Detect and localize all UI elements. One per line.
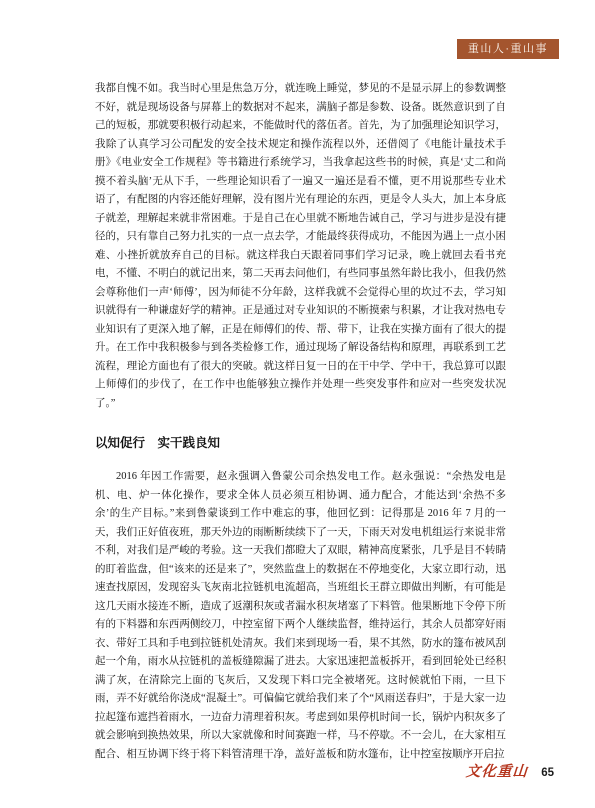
page-content: 我都自愧不如。我当时心里是焦急万分，就连晚上睡觉，梦见的不是显示屏上的参数调整不… xyxy=(95,80,506,764)
section-heading: 以知促行 实干践良知 xyxy=(95,435,506,452)
page-footer: 文化重山 65 xyxy=(466,760,554,781)
body-paragraph-1: 我都自愧不如。我当时心里是焦急万分，就连晚上睡觉，梦见的不是显示屏上的参数调整不… xyxy=(95,80,506,413)
book-page: 重山人·重山事 我都自愧不如。我当时心里是焦急万分，就连晚上睡觉，梦见的不是显示… xyxy=(0,0,595,808)
chapter-badge: 重山人·重山事 xyxy=(457,39,559,59)
footer-logo: 文化重山 xyxy=(465,760,528,781)
body-paragraph-2: 2016 年因工作需要，赵永强调入鲁蒙公司余热发电工作。赵永强说：“余热发电是机… xyxy=(95,468,506,764)
page-number: 65 xyxy=(541,767,554,779)
chapter-badge-label: 重山人·重山事 xyxy=(468,43,548,55)
